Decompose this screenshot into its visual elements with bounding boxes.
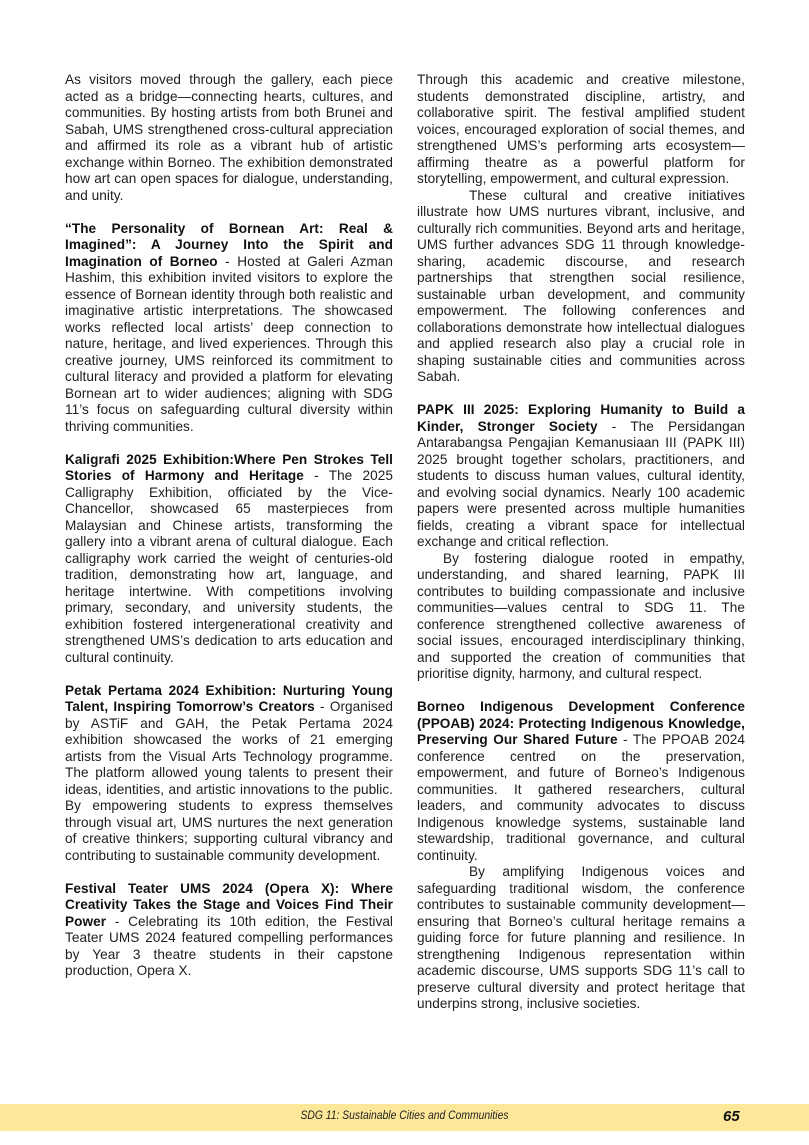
right-column: Through this academic and creative miles… <box>417 72 745 1029</box>
entry-body: - Hosted at Galeri Azman Hashim, this ex… <box>65 254 393 434</box>
entry-body: - Organised by ASTiF and GAH, the Petak … <box>65 699 393 863</box>
entry-body: - The 2025 Calligraphy Exhibition, offic… <box>65 468 393 665</box>
entry-papk: PAPK III 2025: Exploring Humanity to Bui… <box>417 402 745 551</box>
footer-section-title: SDG 11: Sustainable Cities and Communiti… <box>40 1110 768 1122</box>
entry-festival-teater: Festival Teater UMS 2024 (Opera X): Wher… <box>65 881 393 980</box>
papk-followup: By fostering dialogue rooted in empathy,… <box>417 551 745 683</box>
ppoab-followup: By amplifying Indigenous voices and safe… <box>417 864 745 1013</box>
entry-bornean-art: “The Personality of Bornean Art: Real & … <box>65 221 393 436</box>
page-number: 65 <box>723 1108 740 1125</box>
entry-body: - Celebrating its 10th edition, the Fest… <box>65 914 393 979</box>
left-column: As visitors moved through the gallery, e… <box>65 72 393 980</box>
entry-body: - The Persidangan Antarabangsa Pengajian… <box>417 419 745 550</box>
page-footer: SDG 11: Sustainable Cities and Communiti… <box>0 1104 809 1131</box>
festival-continuation: Through this academic and creative miles… <box>417 72 745 188</box>
entry-petak-pertama: Petak Pertama 2024 Exhibition: Nurturing… <box>65 683 393 865</box>
entry-ppoab: Borneo Indigenous Development Conference… <box>417 699 745 864</box>
document-page: As visitors moved through the gallery, e… <box>0 0 809 1145</box>
intro-paragraph: As visitors moved through the gallery, e… <box>65 72 393 204</box>
entry-body: - The PPOAB 2024 conference centred on t… <box>417 732 745 863</box>
entry-kaligrafi: Kaligrafi 2025 Exhibition:Where Pen Stro… <box>65 452 393 667</box>
transition-paragraph: These cultural and creative initiatives … <box>417 188 745 386</box>
